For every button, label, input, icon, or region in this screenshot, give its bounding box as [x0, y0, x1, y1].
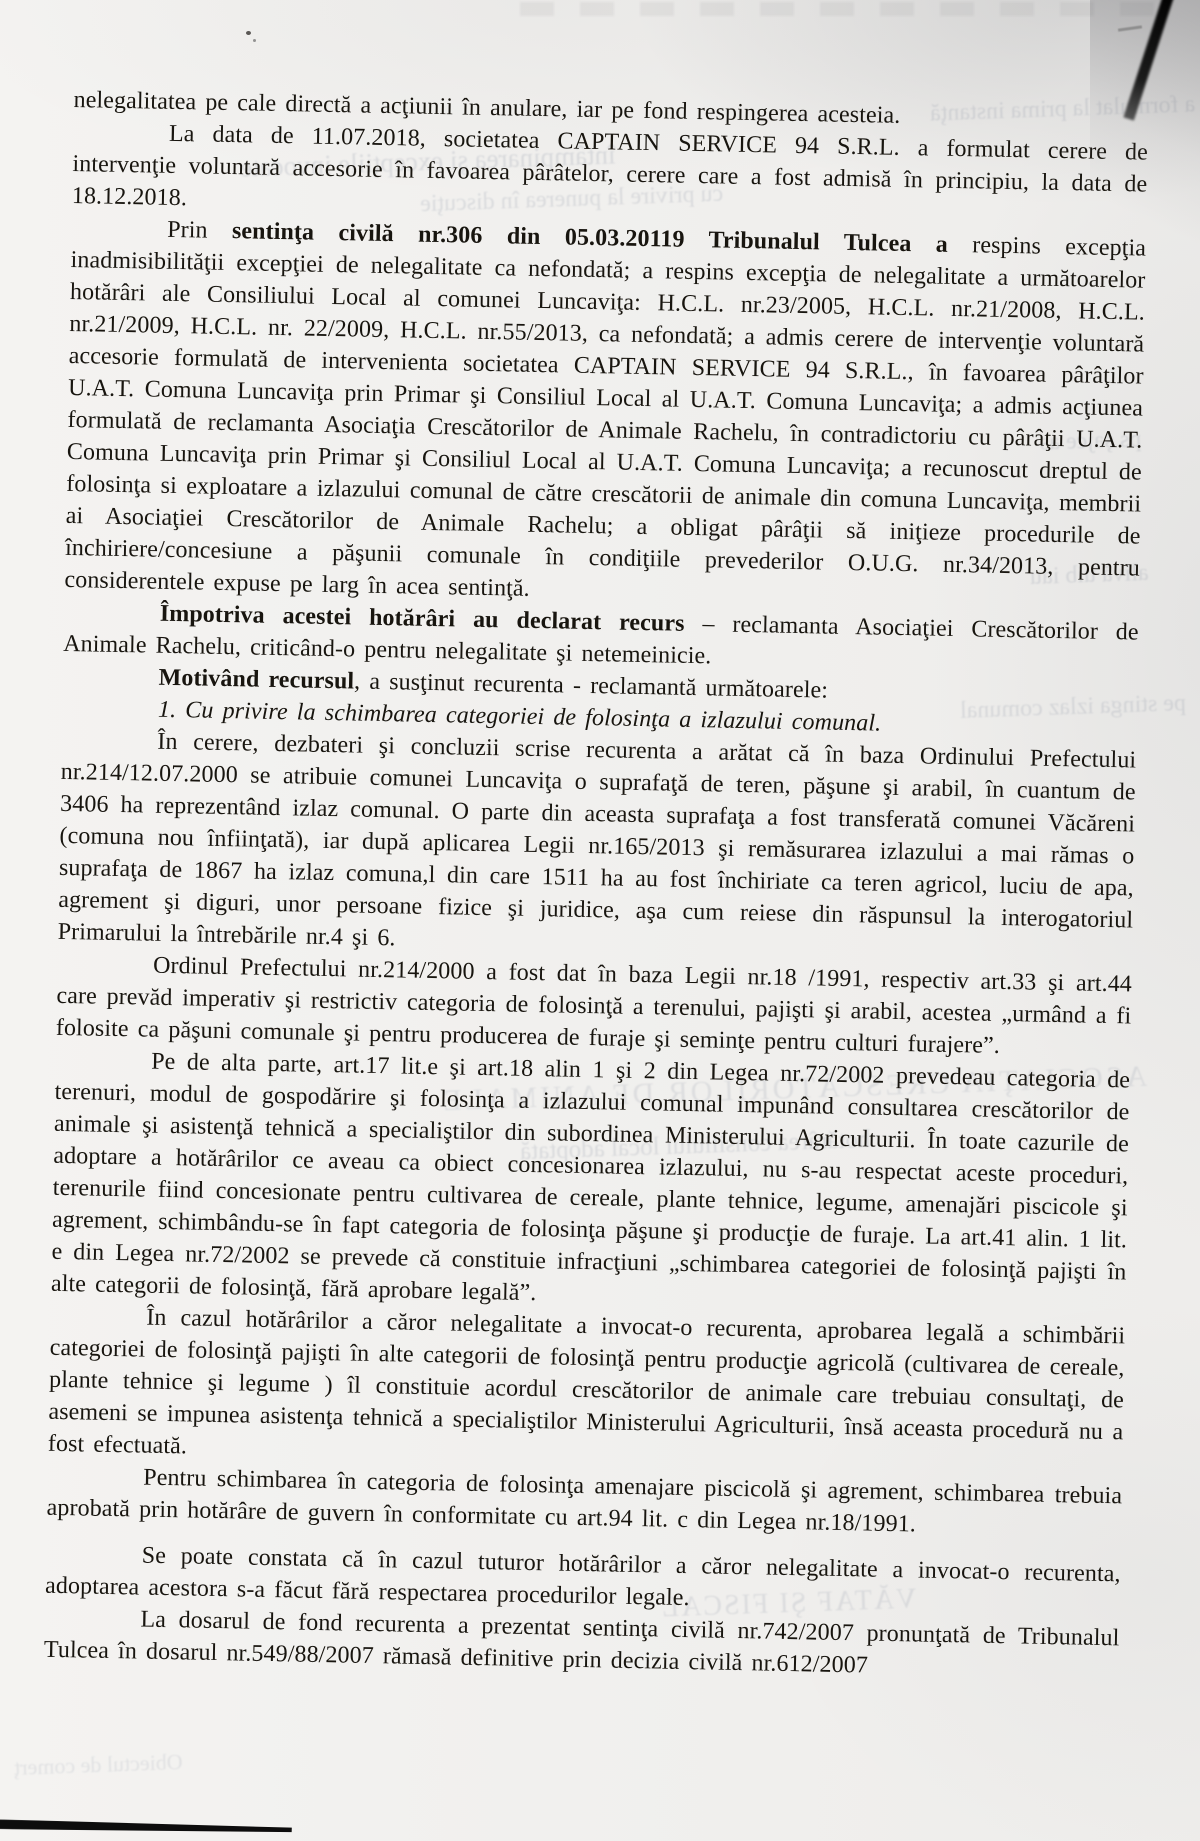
scan-bottom-line-artifact: [0, 1819, 292, 1835]
text-run: Se poate constata că în cazul tuturor ho…: [45, 1543, 1121, 1612]
paragraph: Pe de alta parte, art.17 lit.e şi art.18…: [51, 1044, 1131, 1321]
text-run: Pe de alta parte, art.17 lit.e şi art.18…: [51, 1049, 1131, 1306]
scanned-page: întâmpinarea şi excepţiile invocatecu pr…: [0, 0, 1200, 1841]
ink-dot-artifact: [246, 31, 251, 35]
text-run: Motivând recursul: [158, 665, 354, 695]
text-run: În cazul hotărârilor a căror nelegalitat…: [48, 1305, 1126, 1460]
ink-dot-artifact: [253, 39, 256, 42]
document-text-block: nelegalitatea pe cale directă a acţiunii…: [44, 84, 1149, 1686]
scan-corner-shadow: [1090, 0, 1200, 300]
paragraph: În cerere, dezbateri şi concluzii scrise…: [57, 724, 1136, 969]
scan-smudge-artifact: [520, 2, 1170, 16]
text-run: În cerere, dezbateri şi concluzii scrise…: [57, 729, 1136, 952]
text-run: Ordinul Prefectului nr.214/2000 a fost d…: [56, 953, 1133, 1059]
bleedthrough-text: Obiectul de comerţ: [14, 1749, 183, 1781]
text-run: respins excepţia inadmisibilităţii excep…: [64, 232, 1146, 602]
text-run: La data de 11.07.2018, societatea CAPTAI…: [72, 121, 1149, 211]
paragraph: În cazul hotărârilor a căror nelegalitat…: [48, 1300, 1126, 1481]
text-run: Împotriva acestei hotărâri au declarat r…: [160, 601, 685, 637]
text-run: Prin: [167, 217, 232, 244]
paragraph: Prin sentinţa civilă nr.306 din 05.03.20…: [64, 212, 1146, 617]
